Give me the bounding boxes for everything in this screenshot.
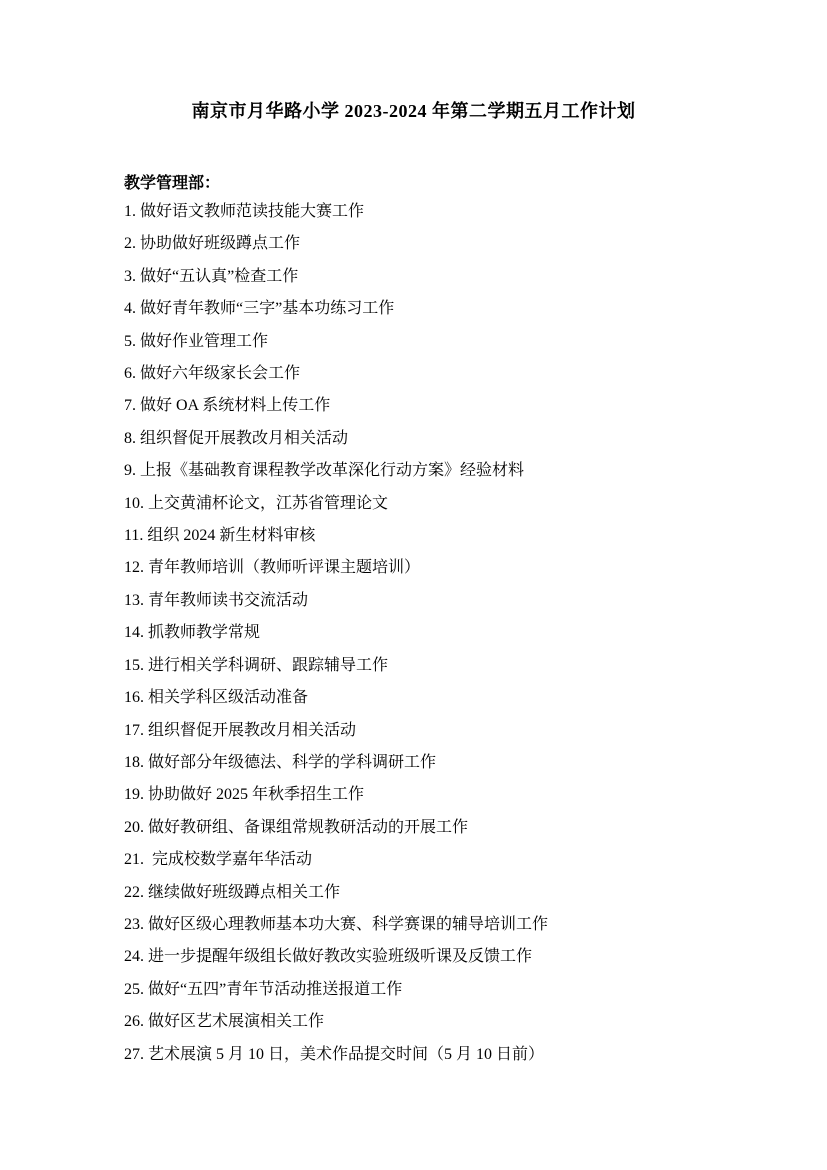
- list-item: 5. 做好作业管理工作: [124, 326, 737, 358]
- list-item: 23. 做好区级心理教师基本功大赛、科学赛课的辅导培训工作: [124, 909, 737, 941]
- list-item: 25. 做好“五四”青年节活动推送报道工作: [124, 974, 737, 1006]
- list-item: 17. 组织督促开展教改月相关活动: [124, 715, 737, 747]
- list-item: 20. 做好教研组、备课组常规教研活动的开展工作: [124, 812, 737, 844]
- list-item: 13. 青年教师读书交流活动: [124, 585, 737, 617]
- list-item: 19. 协助做好 2025 年秋季招生工作: [124, 779, 737, 811]
- list-item: 7. 做好 OA 系统材料上传工作: [124, 390, 737, 422]
- list-item: 4. 做好青年教师“三字”基本功练习工作: [124, 293, 737, 325]
- list-item: 22. 继续做好班级蹲点相关工作: [124, 877, 737, 909]
- list-item: 1. 做好语文教师范读技能大赛工作: [124, 196, 737, 228]
- work-plan-list: 1. 做好语文教师范读技能大赛工作 2. 协助做好班级蹲点工作 3. 做好“五认…: [124, 196, 737, 1071]
- list-item: 3. 做好“五认真”检查工作: [124, 261, 737, 293]
- list-item: 15. 进行相关学科调研、跟踪辅导工作: [124, 650, 737, 682]
- list-item: 8. 组织督促开展教改月相关活动: [124, 423, 737, 455]
- document-title: 南京市月华路小学 2023-2024 年第二学期五月工作计划: [0, 0, 827, 122]
- list-item: 9. 上报《基础教育课程教学改革深化行动方案》经验材料: [124, 455, 737, 487]
- list-item: 18. 做好部分年级德法、科学的学科调研工作: [124, 747, 737, 779]
- list-item: 16. 相关学科区级活动准备: [124, 682, 737, 714]
- section-heading: 教学管理部：: [124, 176, 737, 192]
- list-item: 26. 做好区艺术展演相关工作: [124, 1006, 737, 1038]
- document-page: 南京市月华路小学 2023-2024 年第二学期五月工作计划 教学管理部： 1.…: [0, 0, 827, 1170]
- list-item: 27. 艺术展演 5 月 10 日，美术作品提交时间（5 月 10 日前）: [124, 1039, 737, 1071]
- list-item: 14. 抓教师教学常规: [124, 617, 737, 649]
- list-item: 24. 进一步提醒年级组长做好教改实验班级听课及反馈工作: [124, 941, 737, 973]
- list-item: 21. 完成校数学嘉年华活动: [124, 844, 737, 876]
- document-body: 教学管理部： 1. 做好语文教师范读技能大赛工作 2. 协助做好班级蹲点工作 3…: [0, 176, 827, 1071]
- list-item: 10. 上交黄浦杯论文，江苏省管理论文: [124, 488, 737, 520]
- list-item: 11. 组织 2024 新生材料审核: [124, 520, 737, 552]
- list-item: 12. 青年教师培训（教师听评课主题培训）: [124, 552, 737, 584]
- list-item: 6. 做好六年级家长会工作: [124, 358, 737, 390]
- list-item: 2. 协助做好班级蹲点工作: [124, 228, 737, 260]
